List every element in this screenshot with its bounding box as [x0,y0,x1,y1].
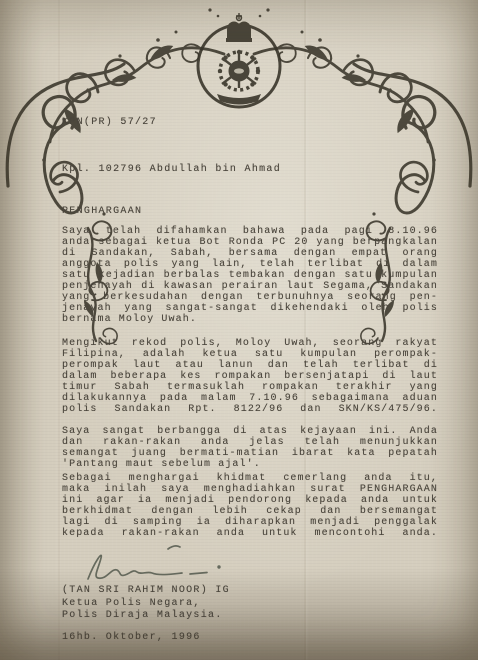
paragraph-4: Sebagai menghargai khidmat cemerlang and… [62,473,438,539]
signatory-organisation: Polis Diraja Malaysia. [62,610,440,621]
letter-line: Mengikut rekod polis, Moloy Uwah, seoran… [62,338,438,349]
letter-line: penjenayah di kawasan perairan laut Sega… [62,281,438,292]
addressee-line: Kpl. 102796 Abdullah bin Ahmad [62,164,440,175]
letter-line: dalam beberapa kes rompakan bersenjatapi… [62,371,438,382]
photo-vignette [0,0,478,660]
paragraph-1: Saya telah difahamkan bahawa pada pagi 8… [62,226,438,325]
letter-line: anggota polis yang lain, telah terlibat … [62,259,438,270]
letter-line: timur Sabah termasuklah rompakan terakhi… [62,382,438,393]
reference-number: KPN(PR) 57/27 [62,117,440,128]
letter-line: dilakukannya pada malam 7.10.96 sebagaim… [62,393,438,404]
letter-line: Saya telah difahamkan bahawa pada pagi 8… [62,226,438,237]
letter-line: Filipina, adalah ketua satu kumpulan per… [62,349,438,360]
letter-line: kepada rakan-rakan anda untuk mencontohi… [62,528,438,539]
letter-line: anda sebagai ketua Bot Ronda PC 20 yang … [62,237,438,248]
letter-line: yang berkesudahan dengan terbunuhnya seo… [62,292,438,303]
letter-line: satu kejadian berbalas tembakan dengan s… [62,270,438,281]
letter-line: Sebagai menghargai khidmat cemerlang and… [62,473,438,484]
paper-crease [58,0,60,660]
letter-line: semangat juang bermati-matian ibarat kat… [62,448,438,459]
letter-line: 'Pantang maut sebelum ajal'. [62,459,438,470]
letter-line: Saya sangat berbangga di atas kejayaan i… [62,426,438,437]
handwritten-signature [76,543,236,589]
scanned-letter-photo: { "document": { "kind": "typewritten-com… [0,0,478,660]
letter-line: perompak laut atau lanun dan telah terli… [62,360,438,371]
paragraph-2: Mengikut rekod polis, Moloy Uwah, seoran… [62,338,438,415]
letter-line: dan rakan-rakan anda jelas telah menunju… [62,437,438,448]
letter-line: berkhidmat dengan lebih cekap dan bersem… [62,506,438,517]
paragraph-3: Saya sangat berbangga di atas kejayaan i… [62,426,438,470]
letter-title: PENGHARGAAN [62,206,440,217]
signatory-role: Ketua Polis Negara, [62,598,440,609]
letter-line: polis Sandakan Rpt. 8122/96 dan SKN/KS/4… [62,404,438,415]
paper-crease [304,0,306,660]
letter-date: 16hb. Oktober, 1996 [62,632,440,643]
letter-line: jenayah yang sangat-sangat dikehendaki o… [62,303,438,314]
letter-line: bernama Moloy Uwah. [62,314,438,325]
letter-line: ini agar ia menjadi pendorong kepada and… [62,495,438,506]
letter-line: di Sandakan, Sabah, bersama dengan empat… [62,248,438,259]
letter-line: maka inilah saya menghadiahkan surat PEN… [62,484,438,495]
letter-line: lagi di samping ia diharapkan menjadi pe… [62,517,438,528]
police-crest-icon [198,13,280,107]
